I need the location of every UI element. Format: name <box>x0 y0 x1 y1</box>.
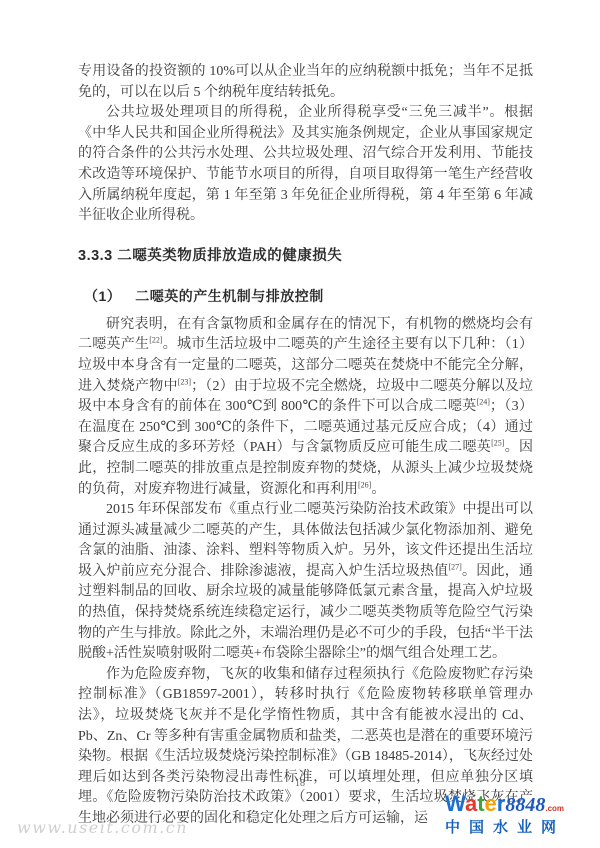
logo-letter: t <box>477 791 484 816</box>
logo-wordmark: Water8848.com <box>445 793 595 815</box>
logo-letter: W <box>445 791 465 816</box>
document-page: 专用设备的投资额的 10%可以从企业当年的应纳税额中抵免；当年不足抵免的，可以在… <box>0 0 600 848</box>
paragraph-dioxin-mechanism: 研究表明，在有含氯物质和金属存在的情况下，有机物的燃烧均会有二噁英产生[22]。… <box>78 315 533 500</box>
logo-subtitle-china-water: 中国水业网 <box>445 820 595 835</box>
page-number: 18 <box>0 778 600 789</box>
paragraph-tax-credit: 专用设备的投资额的 10%可以从企业当年的应纳税额中抵免；当年不足抵免的，可以在… <box>78 62 533 103</box>
section-heading: 3.3.3 二噁英类物质排放造成的健康损失 <box>78 246 533 266</box>
subsection-number: （1） <box>84 288 121 304</box>
useit-watermark: www.useit.com.cn <box>17 818 188 837</box>
logo-com: .com <box>545 804 564 813</box>
logo-8848: 8848 <box>505 794 545 816</box>
logo-letter: e <box>485 791 497 816</box>
paragraph-tax-policy: 公共垃圾处理项目的所得税，企业所得税享受“三免三减半”。根据《中华人民共和国企业… <box>78 103 533 227</box>
water8848-logo: Water8848.com 中国水业网 <box>445 793 595 835</box>
paragraph-policy-2015: 2015 年环保部发布《重点行业二噁英污染防治技术政策》中提出可以通过源头减量减… <box>78 500 533 665</box>
logo-letter: a <box>465 791 477 816</box>
subsection-heading: （1）二噁英的产生机制与排放控制 <box>84 286 533 306</box>
document-body: 专用设备的投资额的 10%可以从企业当年的应纳税额中抵免；当年不足抵免的，可以在… <box>78 62 533 830</box>
subsection-title: 二噁英的产生机制与排放控制 <box>135 288 324 304</box>
logo-word-water: Water <box>445 798 505 815</box>
